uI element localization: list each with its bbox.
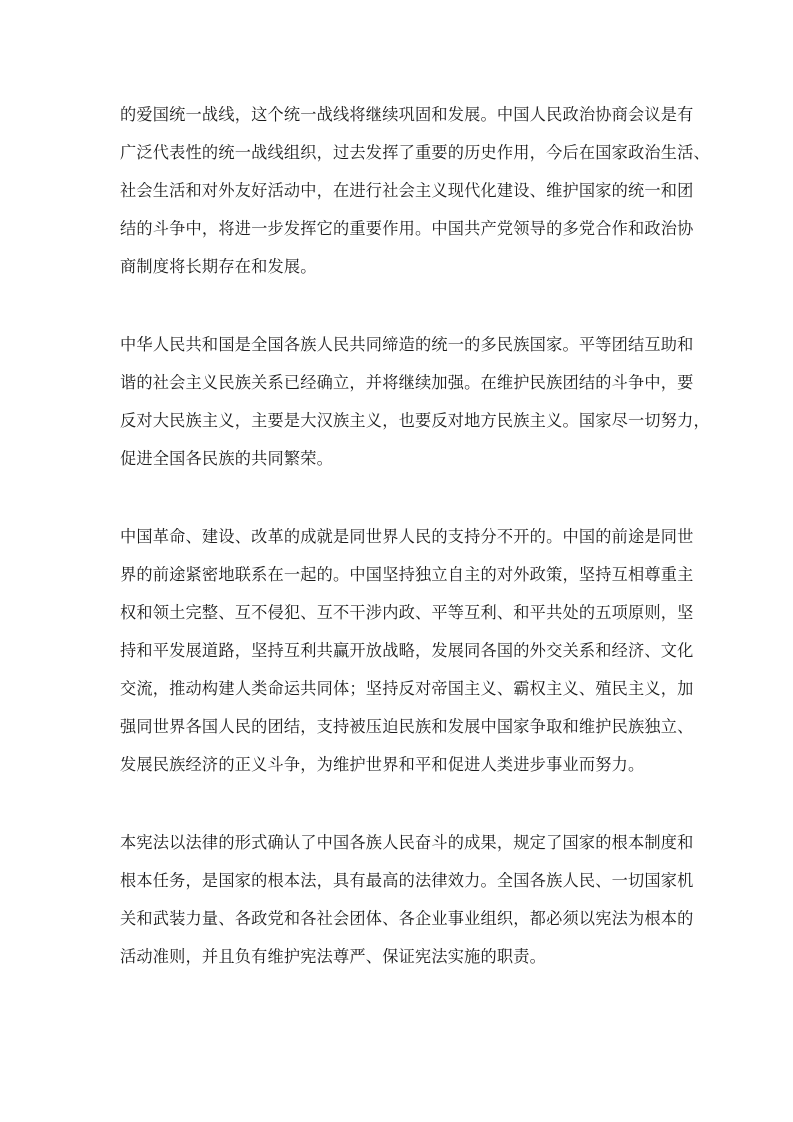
text-line: 活动准则，并且负有维护宪法尊严、保证宪法实施的职责。	[120, 938, 676, 976]
text-line: 交流，推动构建人类命运共同体；坚持反对帝国主义、霸权主义、殖民主义，加	[120, 670, 676, 708]
document-page: 的爱国统一战线，这个统一战线将继续巩固和发展。中国人民政治协商会议是有 广泛代表…	[120, 96, 676, 1016]
text-line: 社会生活和对外友好活动中，在进行社会主义现代化建设、维护国家的统一和团	[120, 172, 676, 210]
text-line: 商制度将长期存在和发展。	[120, 248, 676, 286]
text-line: 本宪法以法律的形式确认了中国各族人民奋斗的成果，规定了国家的根本制度和	[120, 824, 676, 862]
paragraph-constitution-authority: 本宪法以法律的形式确认了中国各族人民奋斗的成果，规定了国家的根本制度和 根本任务…	[120, 824, 676, 976]
text-line: 持和平发展道路，坚持互利共赢开放战略，发展同各国的外交关系和经济、文化	[120, 632, 676, 670]
paragraph-ethnic-unity: 中华人民共和国是全国各族人民共同缔造的统一的多民族国家。平等团结互助和 谐的社会…	[120, 326, 676, 478]
text-line: 关和武装力量、各政党和各社会团体、各企业事业组织，都必须以宪法为根本的	[120, 900, 676, 938]
text-line: 中华人民共和国是全国各族人民共同缔造的统一的多民族国家。平等团结互助和	[120, 326, 676, 364]
text-line: 的爱国统一战线，这个统一战线将继续巩固和发展。中国人民政治协商会议是有	[120, 96, 676, 134]
text-line: 促进全国各民族的共同繁荣。	[120, 440, 676, 478]
text-line: 权和领土完整、互不侵犯、互不干涉内政、平等互利、和平共处的五项原则，坚	[120, 594, 676, 632]
text-line: 强同世界各国人民的团结，支持被压迫民族和发展中国家争取和维护民族独立、	[120, 708, 676, 746]
text-line: 结的斗争中，将进一步发挥它的重要作用。中国共产党领导的多党合作和政治协	[120, 210, 676, 248]
text-line: 中国革命、建设、改革的成就是同世界人民的支持分不开的。中国的前途是同世	[120, 518, 676, 556]
text-line: 发展民族经济的正义斗争，为维护世界和平和促进人类进步事业而努力。	[120, 746, 676, 784]
text-line: 反对大民族主义，主要是大汉族主义，也要反对地方民族主义。国家尽一切努力，	[120, 402, 676, 440]
paragraph-foreign-policy: 中国革命、建设、改革的成就是同世界人民的支持分不开的。中国的前途是同世 界的前途…	[120, 518, 676, 784]
text-line: 根本任务，是国家的根本法，具有最高的法律效力。全国各族人民、一切国家机	[120, 862, 676, 900]
paragraph-united-front: 的爱国统一战线，这个统一战线将继续巩固和发展。中国人民政治协商会议是有 广泛代表…	[120, 96, 676, 286]
text-line: 谐的社会主义民族关系已经确立，并将继续加强。在维护民族团结的斗争中，要	[120, 364, 676, 402]
text-line: 界的前途紧密地联系在一起的。中国坚持独立自主的对外政策，坚持互相尊重主	[120, 556, 676, 594]
text-line: 广泛代表性的统一战线组织，过去发挥了重要的历史作用，今后在国家政治生活、	[120, 134, 676, 172]
